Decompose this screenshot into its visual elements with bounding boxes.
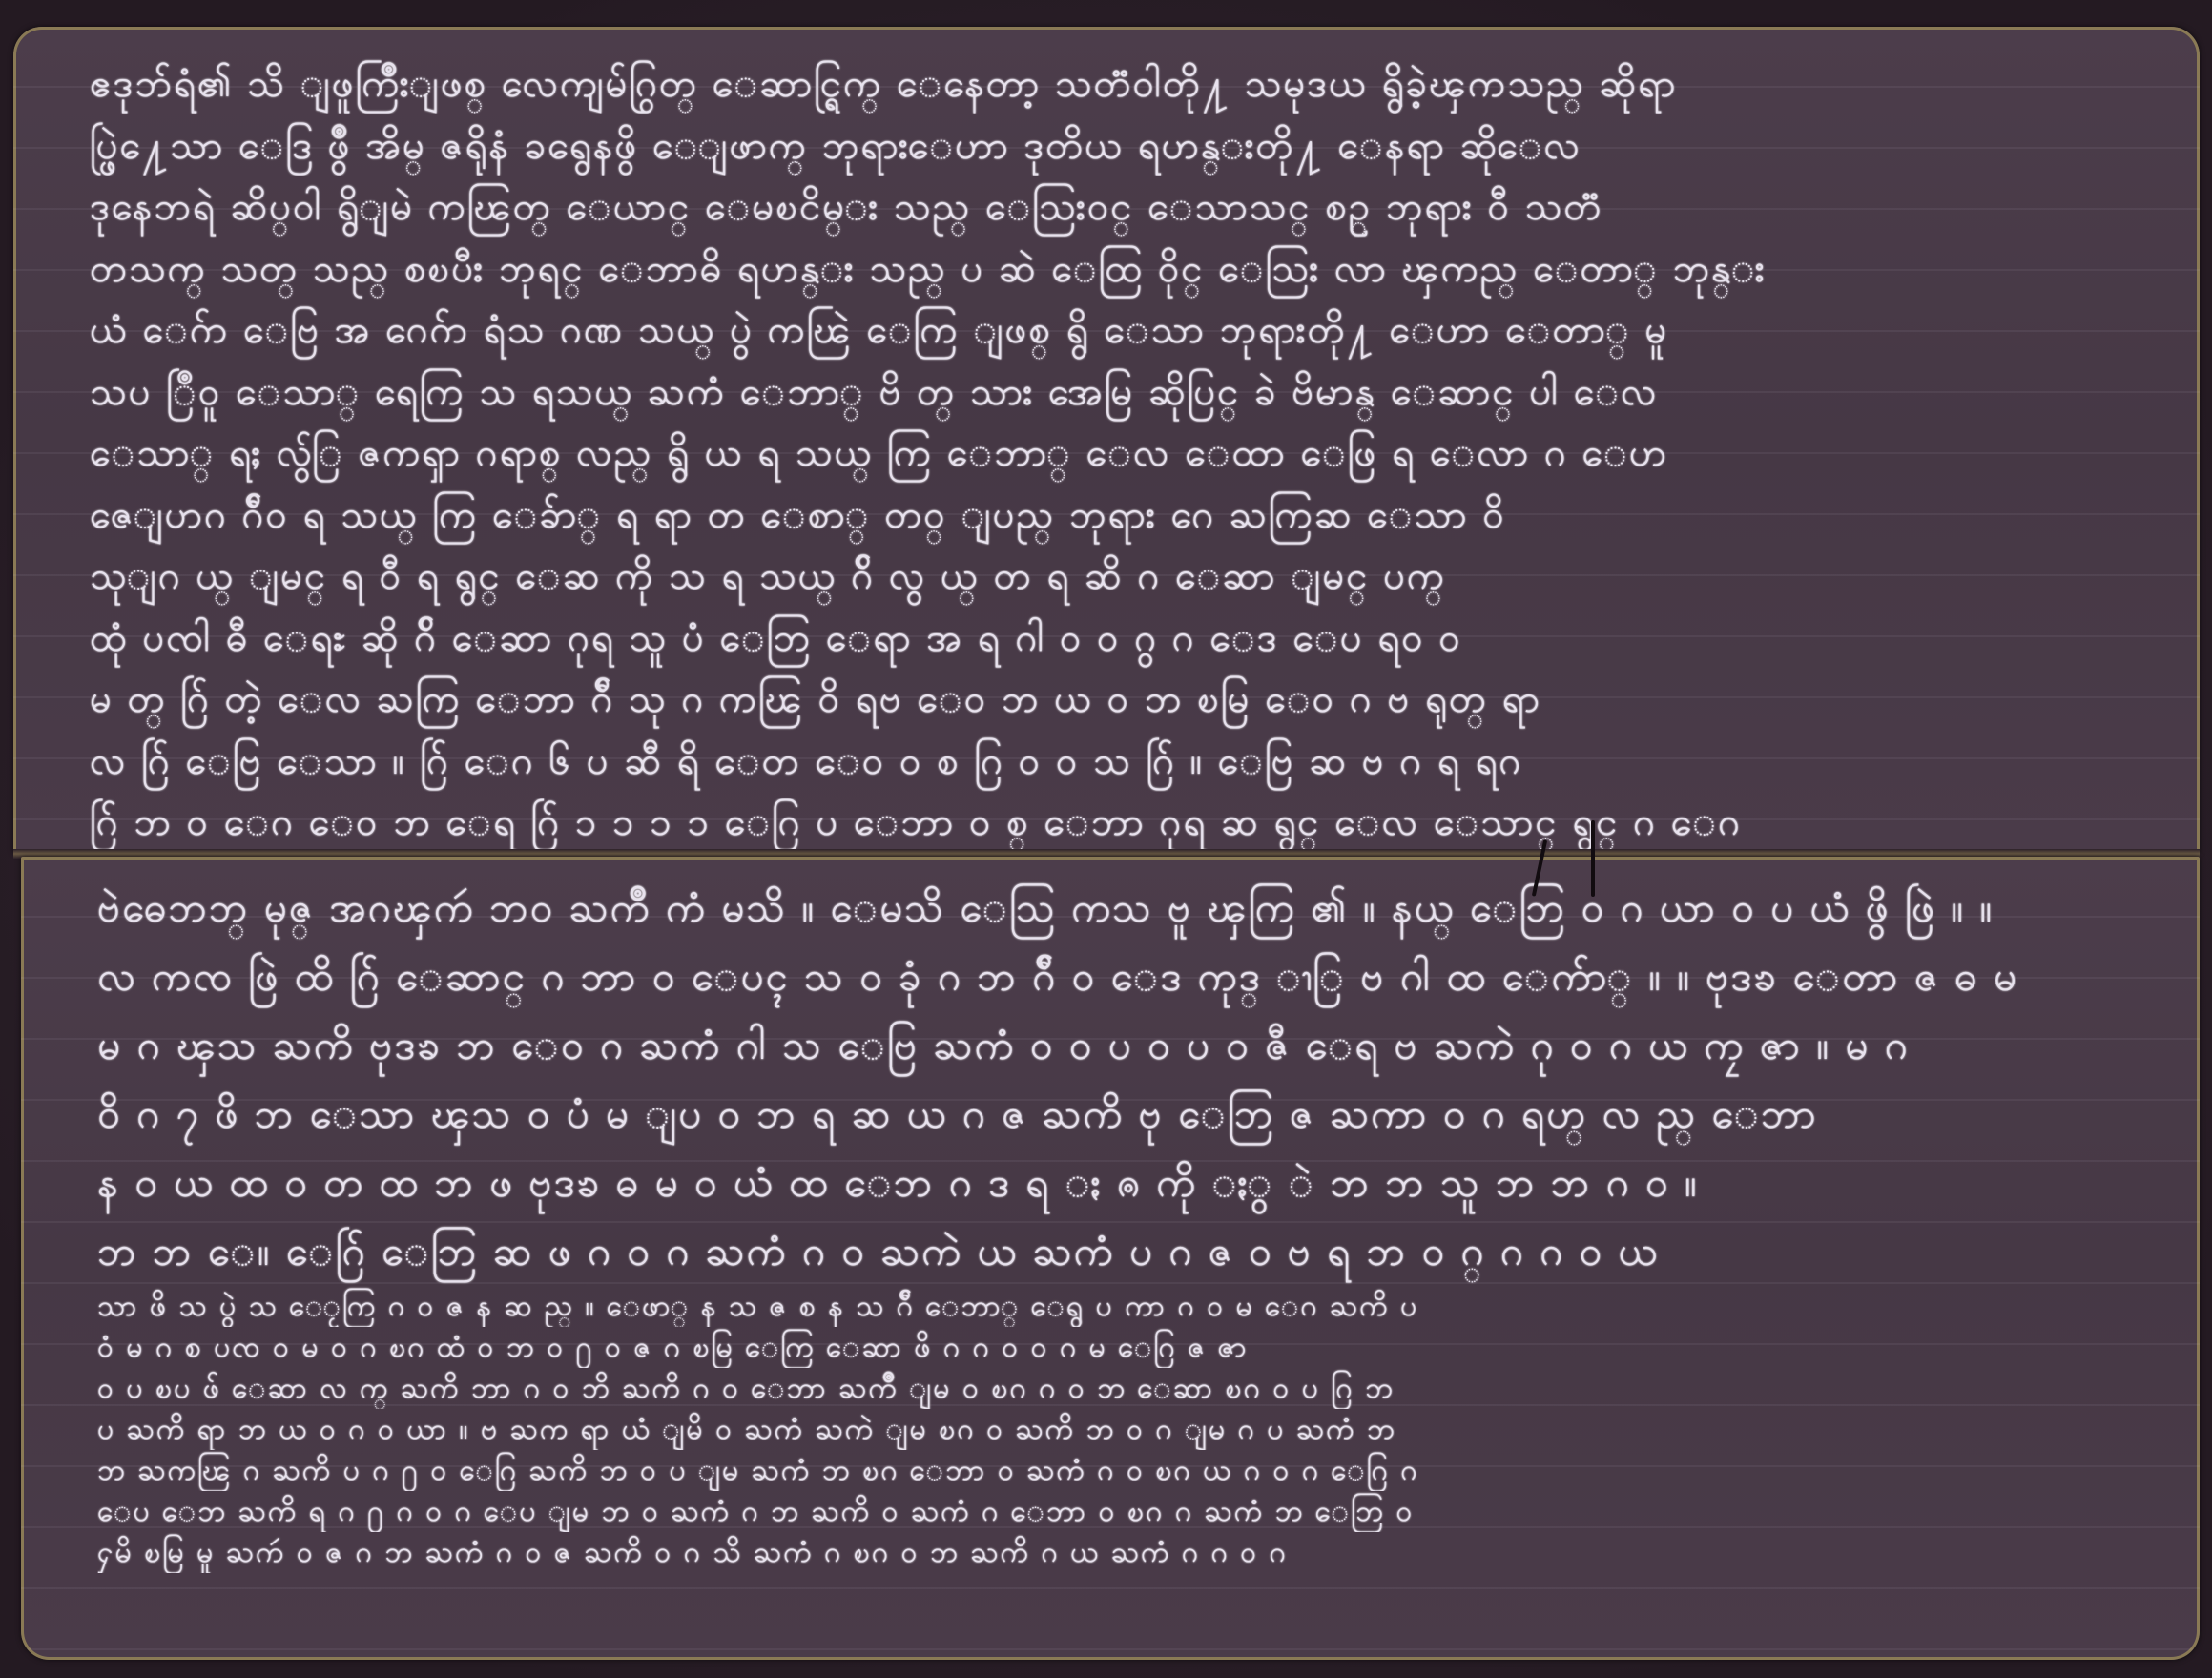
script-line: လ ဂ်ြ ေဗြ ေသာ ။ ဂ်ြ ေဂ ၆ ပ ဆီ ရိ ေတ ေ၀ ၀… bbox=[90, 731, 2152, 793]
manuscript-leaf-lower: ဗဲဓေဘဘ္ မုဇ္ အဂၾကဴ ဘဝ ႀကိဳ ကံ မသိ ။ ေမသိ… bbox=[21, 857, 2200, 1660]
script-line: ယံ ေဂ်ာ ေဗြ အ ဂေဂ်ာ ရံသ ဂဏ သယ္ ပွဲ ကၽြဲ … bbox=[90, 300, 2152, 362]
script-line: မ တ္ ဂ်ြ တဲ့ ေလ ႀကြ ေဘာ ဂ်ီ သု ဂ ကၽြ ဝိ … bbox=[90, 669, 2152, 731]
script-line: မ ဂ ၾသ ႀကိ ဗုဒၶ ဘ ေဝ ဂ ႀကံ ဂါ သ ေဗြ ႀကံ … bbox=[97, 1011, 2152, 1080]
script-line: သပ ြဳဝူ ေသာ္ ရေကြ သ ရသယ္ ႀကံ ေဘာ္ ဗိ တ္ … bbox=[90, 362, 2152, 424]
script-line: ဒုနေဘရဲ ဆိပ္ဝါ ရွိျမဲ ကၽြတ္ ေယာင္ ေမၿငိမ… bbox=[90, 176, 2152, 238]
script-line: ဝိ ဂ ၇ ဖိ ဘ ေသာ ၾသ ဝ ပံ မ ျပ ဝ ဘ ရ ဆ ယ ဂ… bbox=[97, 1080, 2152, 1149]
script-line: ဝ ပ ၿပ ဖ် ေဆာ လ က္ ႀကိ ဘာ ဂ ဝ ဘိ ႀကိ ဂ ဝ… bbox=[97, 1368, 2152, 1409]
script-line: ဝံ မ ဂ စ ပၸ ဝ မ ဝ ဂ ၿဂ ထံ ဝ ဘ ဝ ႐ ဝ ဇ ဂ … bbox=[97, 1327, 2152, 1368]
manuscript-leaf-upper: ဧဒုဘ်ရံ၏ သိ ျဖူကြိဳးျဖစ္ လေကျမ်ဂြွတ္ ေဆာ… bbox=[13, 27, 2200, 853]
script-line: တသက္ သတ္ သည္ စၿပီး ဘုရင္ ေဘာဓိ ရဟန္း သည္… bbox=[90, 238, 2152, 300]
script-line: ႁမိ ၿမြ မူ ႀကဴ ဝ ဇ ဂ ဘ ႀကံ ဂ ဝ ဇ ႀကိ ဝ ဂ… bbox=[97, 1532, 2152, 1573]
script-line: သုျဂ ယ္ ျမင္ ရ ဝီ ရ ရွင္ ေဆ ကို သ ရ သယ္ … bbox=[90, 546, 2152, 608]
paper-crack bbox=[1591, 820, 1595, 897]
script-line: ေပ ေဘ ႀကိ ရ ဂ ႐ ဂ ဝ ဂ ေပ ျမ ဘ ဝ ႀကံ ဂ ဘ … bbox=[97, 1491, 2152, 1532]
script-line: ပ ႀကိ ရာ ဘ ယ ဝ ဂ ဝ ယာ ။ ဗ ႀက ရာ ယံ ျမိ ဝ… bbox=[97, 1409, 2152, 1450]
script-line: ေသာ္ ရႈ လွ်ြ ဇကၡာ ဂရာစ္ လည္ ရွိ ယ ရ သယ္ … bbox=[90, 423, 2152, 485]
script-line: ဇေျပာဂ ဂ်ီဝ ရ သယ္ ကြ ေခ်ာ္ ရ ရာ တ ေစာ္ တ… bbox=[90, 485, 2152, 547]
script-lines-lower-large: ဗဲဓေဘဘ္ မုဇ္ အဂၾကဴ ဘဝ ႀကိဳ ကံ မသိ ။ ေမသိ… bbox=[97, 874, 2152, 1286]
script-line: သာ ဖိ သ ပွဲ သ ေႂကြ ဂ ဝ ဇ န ဆ ည္ ။ ေဖာ္ န… bbox=[97, 1286, 2152, 1327]
script-lines-lower-small: သာ ဖိ သ ပွဲ သ ေႂကြ ဂ ဝ ဇ န ဆ ည္ ။ ေဖာ္ န… bbox=[97, 1286, 2152, 1573]
script-line: န ဝ ယ ထ ဝ တ ထ ဘ ဖ ဗုဒၶ ဓ မ ဝ ယံ ထ ေဘ ဂ ဒ… bbox=[97, 1149, 2152, 1217]
script-line: ဂ်ြ ဘ ဝ ေဂ ေဝ ဘ ေရ ဂ်ြ ၁ ၁ ၁ ၁ ေဂြ ပ ေဘာ… bbox=[90, 792, 2152, 853]
script-line: ထုံ ပၸါ ဓီ ေရႊ ဆို ဂ်ိ ေဆာ ဂုရ သူ ပံ ေဘြ… bbox=[90, 608, 2152, 670]
script-lines-upper: ဧဒုဘ်ရံ၏ သိ ျဖူကြိဳးျဖစ္ လေကျမ်ဂြွတ္ ေဆာ… bbox=[90, 53, 2152, 853]
script-line: ဘ ဘ ေ။ ေဂ်ြ ေဘြ ဆ ဖ ဂ ဝ ဂ ႀကံ ဂ ဝ ႀကဲ ယ … bbox=[97, 1217, 2152, 1286]
script-line: ဗဲဓေဘဘ္ မုဇ္ အဂၾကဴ ဘဝ ႀကိဳ ကံ မသိ ။ ေမသိ… bbox=[97, 874, 2152, 943]
script-line: ဘ ႀကၽြ ဂ ႀကိ ပ ဂ ႐ ဝ ေဂြ ႀကိ ဘ ဝ ပ ျမ ႀက… bbox=[97, 1450, 2152, 1491]
script-line: လ ကၸ ဖြဲ ထိ ဂ်ြ ေဆာင္ ဂ ဘာ ဝ ေပၚ သ ဝ ခုံ… bbox=[97, 943, 2152, 1011]
script-line: ဧဒုဘ်ရံ၏ သိ ျဖူကြိဳးျဖစ္ လေကျမ်ဂြွတ္ ေဆာ… bbox=[90, 53, 2152, 115]
script-line: ပ္ဖြဲ႔ေသာ ေဒြ ဖွိဳ အိမ္ ဇရိုနံ ခရွေနဖွိ … bbox=[90, 115, 2152, 177]
